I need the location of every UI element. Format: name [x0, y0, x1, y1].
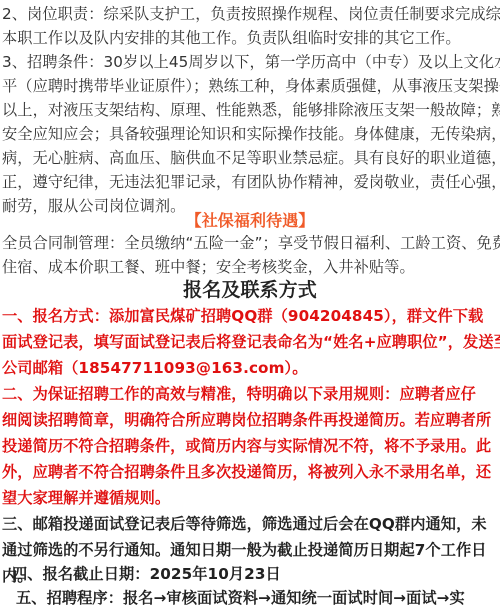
duties-line-1: 2、岗位职责：综采队支护工，负责按照操作规程、岗位责任制要求完成综采	[2, 2, 498, 26]
benefits-line-2: 住宿、成本价职工餐、班中餐；安全考核奖金，入井补贴等。	[2, 255, 498, 279]
procedure-line: 五、招聘程序：报名→审核面试资料→通知统一面试时间→面试→实	[16, 586, 500, 607]
benefits-line-1: 全员合同制管理：全员缴纳“五险一金”；享受节假日福利、工龄工资、免费	[2, 231, 498, 255]
signup-method-line-3: 公司邮箱（18547711093@163.com）。	[2, 356, 498, 380]
hiring-rules-line-3: 投递简历不符合招聘条件，或简历内容与实际情况不符，将不予录用。此	[2, 434, 498, 458]
requirements-line-4: 安全应知应会；具备较强理论知识和实际操作技能。身体健康，无传染病，无职业	[2, 122, 498, 146]
requirements-line-5: 病，无心脏病、高血压、脑供血不足等职业禁忌症。具有良好的职业道德，品行端	[2, 146, 498, 170]
requirements-line-6: 正，遵守纪律，无违法犯罪记录，有团队协作精神，爱岗敬业，责任心强，能吃苦	[2, 170, 498, 194]
screening-line-2: 通过筛选的不另行通知。通知日期一般为截止投递简历日期起7个工作日	[2, 538, 498, 562]
deadline-line: 四、报名截止日期：2025年10月23日	[12, 562, 500, 586]
screening-line-1: 三、邮箱投递面试登记表后等待筛选，筛选通过后会在QQ群内通知，未	[2, 512, 498, 536]
requirements-line-1: 3、招聘条件：30岁以上45周岁以下，第一学历高中（中专）及以上文化水	[2, 50, 498, 74]
requirements-line-3: 以上，对液压支架结构、原理、性能熟悉，能够排除液压支架一般故障；熟知井下	[2, 98, 498, 122]
signup-method-line-1: 一、报名方式：添加富民煤矿招聘QQ群（904204845），群文件下载	[2, 304, 498, 328]
hiring-rules-line-1: 二、为保证招聘工作的高效与精准，特明确以下录用规则：应聘者应仔	[2, 382, 498, 406]
requirements-line-2: 平（应聘时携带毕业证原件）；熟练工种，身体素质强健，从事液压支架操作2年	[2, 74, 498, 98]
hiring-rules-line-2: 细阅读招聘简章，明确符合所应聘岗位招聘条件再投递简历。若应聘者所	[2, 408, 498, 432]
benefits-title: 【社保福利待遇】	[2, 209, 498, 233]
contact-heading: 报名及联系方式	[2, 278, 498, 302]
hiring-rules-line-4: 外，应聘者不符合招聘条件且多次投递简历，将被列入永不录用名单，还	[2, 460, 498, 484]
signup-method-line-2: 面试登记表，填写面试登记表后将登记表命名为“姓名+应聘职位”，发送至	[2, 330, 498, 354]
hiring-rules-line-5: 望大家理解并遵循规则。	[2, 486, 498, 510]
duties-line-2: 本职工作以及队内安排的其他工作。负责队组临时安排的其它工作。	[2, 26, 498, 50]
